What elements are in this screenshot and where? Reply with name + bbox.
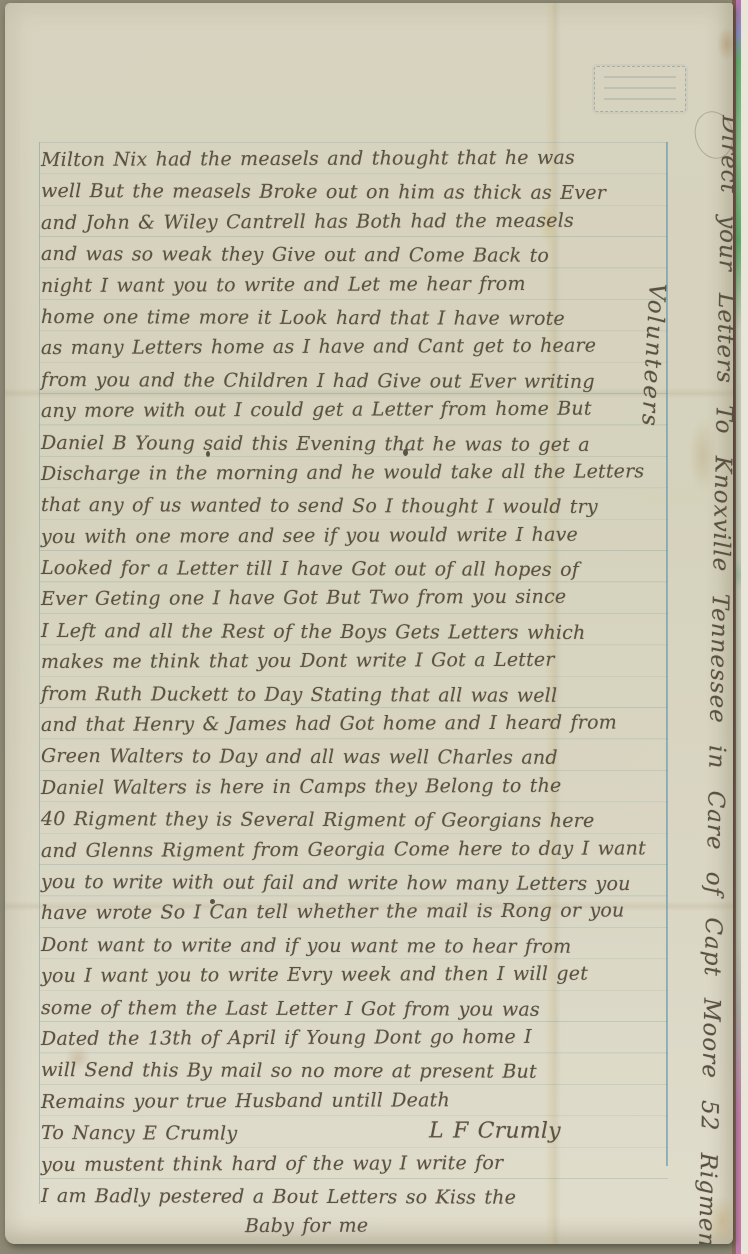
letter-line: you I want you to write Evry week and th… <box>41 958 673 992</box>
letter-line: as many Letters home as I have and Cant … <box>41 331 673 365</box>
letter-line: Daniel Walters is here in Camps they Bel… <box>41 770 673 804</box>
letter-line: Milton Nix had the measels and thought t… <box>41 142 673 176</box>
left-margin-rule <box>39 142 40 1204</box>
letter-body: Milton Nix had the measels and thought t… <box>41 145 673 1244</box>
letter-line: have wrote So I Can tell whether the mai… <box>41 896 673 930</box>
signature: L F Crumly <box>429 1115 561 1147</box>
scan-edge-light <box>740 0 748 1254</box>
margin-address-note: Direct your Letters To Knoxville Tenness… <box>675 115 733 1244</box>
letter-line: Discharge in the morning and he would ta… <box>41 456 673 490</box>
postscript-line: you mustent think hard of the way I writ… <box>41 1147 673 1181</box>
letter-line: makes me think that you Dont write I Got… <box>41 644 673 678</box>
letter-line: night I want you to write and Let me hea… <box>41 268 673 302</box>
letter-line: Dated the 13th of April if Young Dont go… <box>41 1021 673 1055</box>
postscript-line: Baby for me <box>41 1210 673 1244</box>
recipient-name: To Nancy E Crumly <box>41 1122 237 1145</box>
letter-line: any more with out I could get a Letter f… <box>41 393 673 427</box>
letter-line: and John & Wiley Cantrell has Both had t… <box>41 205 673 239</box>
letter-line: and Glenns Rigment from Georgia Come her… <box>41 833 673 867</box>
letter-paper: Milton Nix had the measels and thought t… <box>5 3 733 1244</box>
embossed-paper-stamp <box>594 66 686 112</box>
letter-line: you with one more and see if you would w… <box>41 519 673 553</box>
letter-line: Remains your true Husband untill Death <box>41 1084 673 1118</box>
letter-line: Ever Geting one I have Got But Two from … <box>41 582 673 616</box>
paper-stain <box>717 27 733 61</box>
letter-line: and that Henry & James had Got home and … <box>41 707 673 741</box>
scanned-letter-page: Milton Nix had the measels and thought t… <box>0 0 748 1254</box>
